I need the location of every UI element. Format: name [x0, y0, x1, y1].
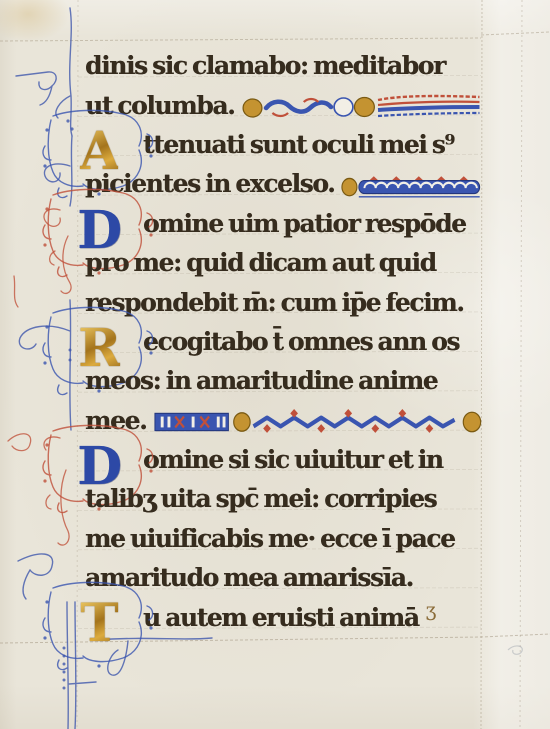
manuscript-line: me uiuificabis me· ecce ī pace	[85, 519, 482, 558]
line-text: u autem eruisti animā	[143, 603, 419, 632]
initial-letter: T	[80, 598, 117, 650]
illuminated-initial-A: A	[85, 125, 143, 164]
line-text: talibʒ uita spc̄ mei: corripies	[85, 484, 436, 513]
filler-xbox-zigzag	[153, 409, 482, 435]
margin-flourish-red	[8, 434, 31, 451]
pencil-mark	[508, 646, 522, 654]
line-filler-scallop-bar	[341, 173, 482, 199]
line-filler-scroll-feather	[241, 94, 482, 120]
manuscript-line: pro me: quid dicam aut quid	[85, 243, 482, 282]
filler-scallop-bar	[341, 173, 482, 199]
line-text: meos: in amaritudine anime	[85, 366, 437, 395]
illuminated-initial-R: R	[85, 322, 143, 361]
filler-scroll-feather	[241, 94, 482, 120]
illuminated-initial-D: D	[85, 440, 143, 479]
line-text: me uiuificabis me· ecce ī pace	[85, 524, 455, 553]
line-text: pro me: quid dicam aut quid	[85, 248, 436, 277]
margin-flourish-blue	[16, 72, 56, 90]
manuscript-line: Recogitabo t̄ omnes ann os	[85, 322, 482, 361]
outer-margin-rule	[520, 0, 522, 729]
manuscript-line: Tu autem eruisti animāʒ	[85, 597, 482, 636]
line-text: ecogitabo t̄ omnes ann os	[143, 327, 459, 356]
manuscript-line: Domine uim patior respōde	[85, 204, 482, 243]
manuscript-line: Domine si sic uiuitur et in	[85, 440, 482, 479]
text-block: dinis sic clamabo: meditaborut columba. …	[85, 46, 482, 637]
line-text: dinis sic clamabo: meditabor	[85, 51, 445, 80]
margin-flourish-blue	[23, 570, 30, 599]
line-text: omine uim patior respōde	[143, 209, 466, 238]
margin-flourish-red	[14, 276, 18, 307]
manuscript-line: talibʒ uita spc̄ mei: corripies	[85, 479, 482, 518]
illuminated-initial-T: T	[85, 597, 143, 636]
margin-flourish-blue	[69, 682, 96, 684]
manuscript-photo: dinis sic clamabo: meditaborut columba. …	[0, 0, 550, 729]
top-rule-right	[481, 32, 550, 35]
line-tail-mark: ʒ	[426, 599, 437, 621]
margin-flourish-blue	[18, 554, 53, 575]
illuminated-initial-D: D	[85, 204, 143, 243]
line-filler-xbox-zigzag	[153, 409, 482, 435]
line-text: ttenuati sunt oculi mei s⁹	[143, 130, 454, 159]
top-rule	[0, 38, 481, 41]
manuscript-line: Attenuati sunt oculi mei s⁹	[85, 125, 482, 164]
manuscript-line: meos: in amaritudine anime	[85, 361, 482, 400]
line-text: omine si sic uiuitur et in	[143, 445, 443, 474]
margin-flourish-blue	[40, 86, 52, 105]
manuscript-line: dinis sic clamabo: meditabor	[85, 46, 482, 85]
